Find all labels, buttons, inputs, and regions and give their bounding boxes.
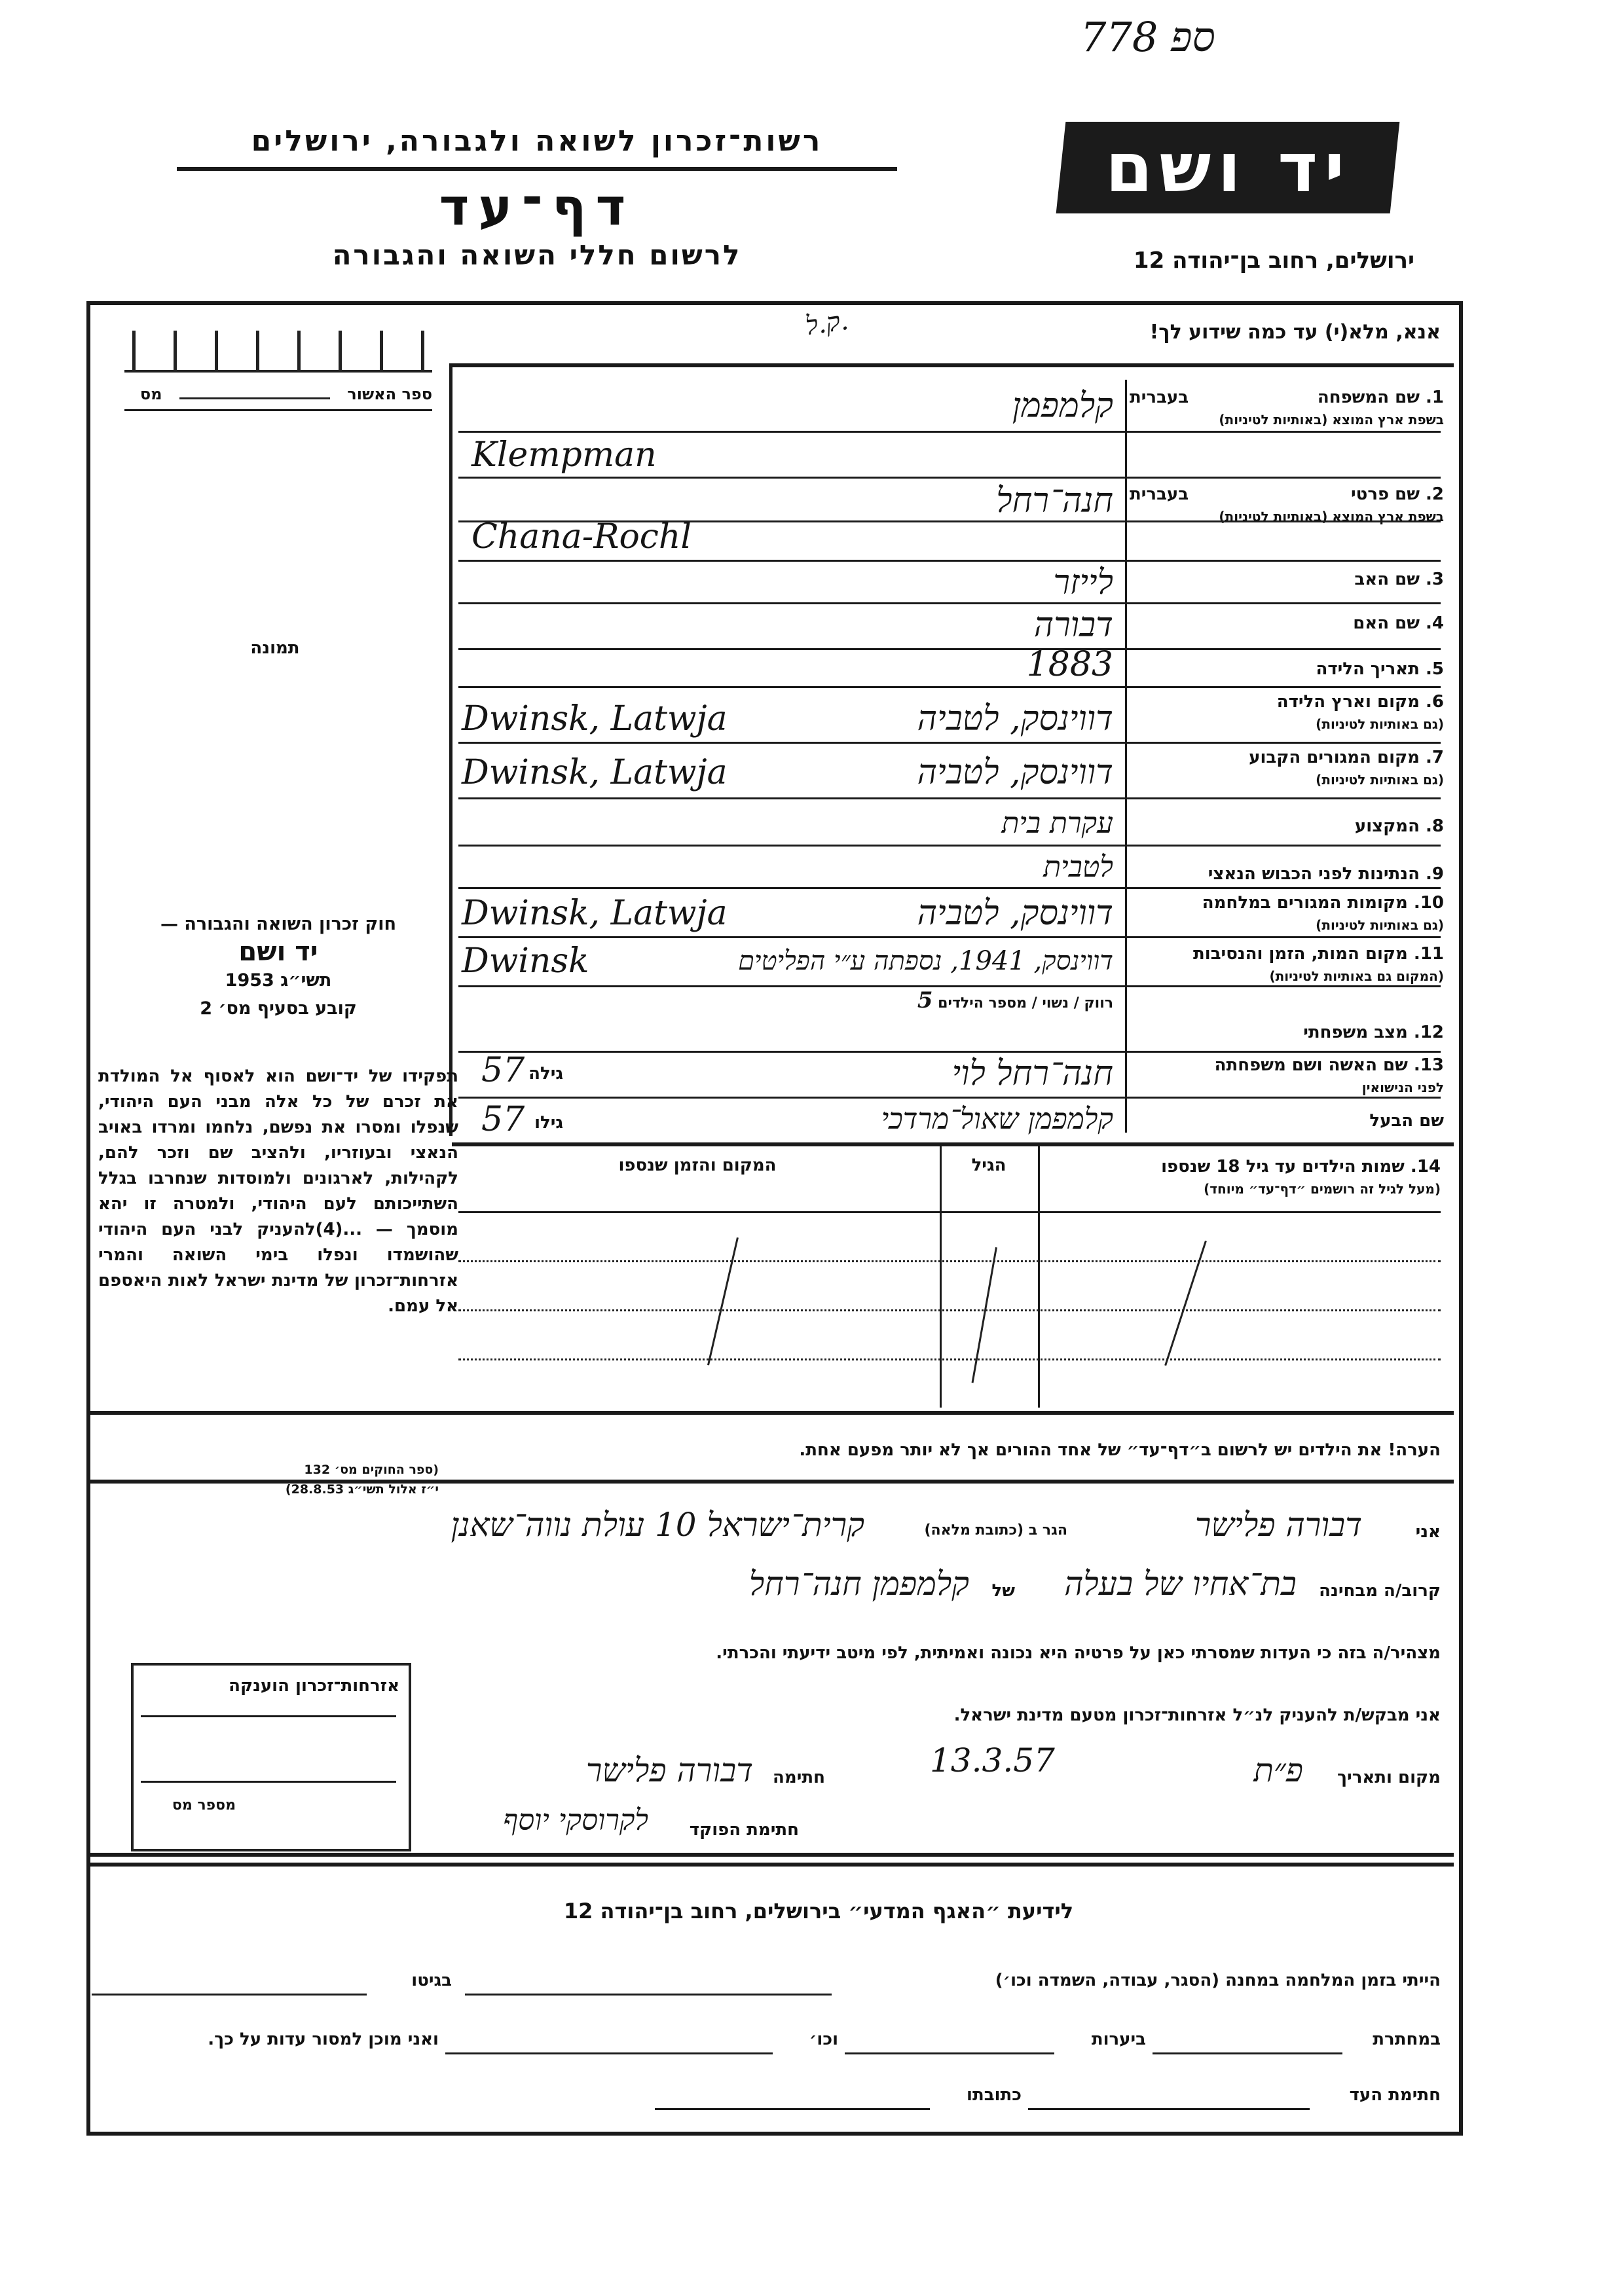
- witness-name-value[interactable]: דבורה פלישר: [1074, 1506, 1362, 1544]
- field-number: 12.: [1414, 1023, 1444, 1042]
- approval-label-text: ספר האשור: [347, 385, 432, 403]
- witness-address-field[interactable]: [655, 2108, 930, 2110]
- reg-number-text: מספר: [197, 1797, 236, 1813]
- field-label-wartime-residence: 10. מקומות המגורים במלחמה (גם באותיות לט…: [1130, 892, 1444, 936]
- marital-status-options[interactable]: רווק / נשוי / מספר הילדים 5: [688, 987, 1113, 1013]
- underground-label: במחתרת: [1349, 2030, 1441, 2049]
- witness-signature-field[interactable]: [1028, 2108, 1310, 2110]
- law-name: יד ושם: [105, 938, 452, 966]
- field-sublabel: (מעל לגיל זה רושמים ״דף־עד״ מיוחד): [1041, 1178, 1441, 1200]
- org-underline-divider: [177, 167, 897, 171]
- field-label-profession: 8. המקצוע: [1130, 815, 1444, 837]
- marital-options-text: רווק / נשוי / מספר הילדים: [938, 995, 1113, 1011]
- family-name-hebrew-value[interactable]: קלמפמן: [655, 386, 1113, 426]
- official-signature-label: חתימת הפוקד: [655, 1820, 799, 1840]
- organization-name: רשות־זכרון לשואה ולגבורה, ירושלים: [177, 124, 897, 158]
- witness-address-value[interactable]: קרית־ישראל 10 עולת נווה־שאנן: [196, 1506, 864, 1544]
- field-label-nationality: 9. הנתינות לפני הכבוש הנאצי: [1130, 863, 1444, 885]
- field-number: 10.: [1414, 893, 1444, 913]
- citizenship-request: אני מבקש/ת להעניק לנ״ל אזרחות־זכרון מטעם…: [458, 1705, 1441, 1725]
- field-label-residence: 7. מקום המגורים הקבוע (גם באותיות לטיניו…: [1130, 746, 1444, 791]
- divider: [458, 602, 1441, 604]
- death-place-hebrew-value[interactable]: דווינסק, 1941, נספתה ע״י הפליטים: [655, 941, 1113, 981]
- underground-field[interactable]: [1153, 2052, 1342, 2054]
- mother-name-value[interactable]: דבורה: [655, 606, 1113, 645]
- field-label: תאריך הלידה: [1316, 659, 1419, 679]
- signature-label: חתימה: [760, 1768, 825, 1787]
- witness-signature-label: חתימת העד: [1316, 2085, 1441, 2105]
- divider: [88, 1863, 1454, 1867]
- children-age-header: הגיל: [943, 1156, 1035, 1175]
- divider: [124, 409, 432, 411]
- reg-number-suffix: מס: [172, 1797, 193, 1813]
- field-sublabel: בשפת ארץ המוצא (באותיות לטיניות): [1130, 505, 1444, 528]
- divider: [458, 1211, 1441, 1213]
- photo-label: תמונה: [210, 638, 341, 658]
- archive-number: ספ 778: [1080, 13, 1215, 62]
- children-note: הערה! את הילדים יש לרשום ב״דף־עד״ של אחד…: [458, 1440, 1441, 1460]
- field-label-wife-name: 13. שם האשה ושם משפחתה לפני הנישואין: [1130, 1054, 1444, 1099]
- other-field[interactable]: [445, 2052, 773, 2054]
- wife-age-value[interactable]: 57: [481, 1051, 525, 1090]
- witness-address-label: כתובתו: [936, 2085, 1022, 2105]
- field-label: שם האב: [1354, 570, 1420, 589]
- approval-number-label: ספר האשור מס: [124, 385, 432, 403]
- field-label-birth-date: 5. תאריך הלידה: [1130, 658, 1444, 680]
- children-header: 14. שמות הילדים עד גיל 18 שנספו (מעל לגי…: [1041, 1156, 1441, 1200]
- law-year: תשי״ג 1953: [105, 966, 452, 994]
- place-date-label: מקום ותאריך: [1310, 1768, 1441, 1787]
- field-sublabel: (גם באותיות לטיניות): [1130, 914, 1444, 936]
- wife-name-value[interactable]: חנה־רחל לוי: [655, 1054, 1113, 1093]
- official-signature[interactable]: לקרוסקי יוסף: [406, 1804, 648, 1837]
- children-col-divider: [940, 1146, 942, 1408]
- field-number: 5.: [1426, 659, 1444, 679]
- divider: [452, 363, 1454, 367]
- relation-label: קרוב/ה מבחינה: [1303, 1581, 1441, 1601]
- divider: [141, 1715, 396, 1717]
- field-number: 4.: [1426, 613, 1444, 633]
- divider: [458, 431, 1441, 433]
- instruction-text: אנא, מלא(י) עד כמה שידוע לך!: [1061, 321, 1441, 344]
- place-value[interactable]: פ״ת: [1113, 1751, 1303, 1789]
- birth-place-latin-value[interactable]: Dwinsk, Latwja: [462, 699, 728, 738]
- form-title: דף־עד: [177, 178, 897, 237]
- field-number: 13.: [1414, 1055, 1444, 1075]
- divider: [458, 1097, 1441, 1099]
- law-section: קובע בסעיף מס׳ 2: [105, 994, 452, 1023]
- divider: [458, 797, 1441, 799]
- date-value[interactable]: 13.3.57: [930, 1741, 1055, 1779]
- hebrew-tag: בעברית: [1130, 483, 1189, 505]
- profession-value[interactable]: עקרת בית: [655, 804, 1113, 843]
- field-label: שם המשפחה: [1318, 388, 1420, 407]
- death-place-latin-value[interactable]: Dwinsk: [462, 941, 589, 981]
- witness-section-title: לידיעת ״האגף המדעי״ בירושלים, רחוב בן־יה…: [458, 1899, 1179, 1923]
- nationality-value[interactable]: לטבית: [655, 848, 1113, 887]
- residence-latin-value[interactable]: Dwinsk, Latwja: [462, 753, 728, 792]
- divider: [458, 1051, 1441, 1053]
- field-number: 9.: [1426, 864, 1444, 884]
- father-name-value[interactable]: לייזר: [655, 563, 1113, 602]
- ghetto-label: בגיטו: [373, 1971, 452, 1990]
- divider: [452, 1142, 1454, 1146]
- family-name-latin-value[interactable]: Klempman: [471, 435, 657, 475]
- field-label: שם פרטי: [1351, 484, 1420, 504]
- label-column-border: [1125, 380, 1127, 1133]
- reg-number-label: מספר מס: [138, 1797, 236, 1813]
- divider: [458, 686, 1441, 688]
- field-sublabel: (המקום גם באותיות לטיניות): [1130, 965, 1444, 987]
- field-label-marital-status: 12. מצב משפחתי: [1130, 1021, 1444, 1044]
- divider: [458, 887, 1441, 889]
- field-label: מקומות המגורים במלחמה: [1202, 893, 1408, 913]
- divider: [88, 1480, 1454, 1484]
- divider: [141, 1781, 396, 1783]
- field-number: 1.: [1426, 388, 1444, 407]
- divider: [458, 845, 1441, 847]
- field-sublabel: לפני הנישואין: [1130, 1076, 1444, 1099]
- field-label: שם הבעל: [1369, 1111, 1444, 1131]
- of-label: של: [976, 1581, 1015, 1601]
- form-subtitle: לרשום חללי השואה והגבורה: [177, 239, 897, 271]
- law-ref-line-1: (ספר החוקים מס׳ 132: [98, 1460, 439, 1480]
- field-number: 3.: [1426, 570, 1444, 589]
- field-label-father-name: 3. שם האב: [1130, 568, 1444, 591]
- field-sublabel: בשפת ארץ המוצא (באותיות לטיניות): [1130, 409, 1444, 431]
- field-number: 11.: [1414, 944, 1444, 964]
- birth-place-hebrew-value[interactable]: דווינסק, לטביה: [819, 699, 1113, 738]
- ghetto-field[interactable]: [92, 1994, 367, 1995]
- first-name-hebrew-value[interactable]: חנה־רחל: [655, 481, 1113, 520]
- residence-hebrew-value[interactable]: דווינסק, לטביה: [819, 753, 1113, 792]
- decl-prefix: אני: [1375, 1522, 1441, 1542]
- reg-box-title: אזרחות־זכרון הוענקה: [138, 1676, 399, 1696]
- field-sublabel: (גם באותיות לטיניות): [1130, 713, 1444, 735]
- field-label: המקצוע: [1355, 816, 1420, 836]
- field-number: 14.: [1411, 1157, 1441, 1176]
- deceased-reference-value[interactable]: קלמפמן חנה־רחל: [589, 1565, 969, 1603]
- divider: [458, 936, 1441, 938]
- husband-name-value[interactable]: קלמפמן שאול־מרדכי: [655, 1100, 1113, 1139]
- field-label-husband-name: שם הבעל: [1130, 1110, 1444, 1132]
- camp-field[interactable]: [465, 1994, 832, 1995]
- address: ירושלים, רחוב בן־יהודה 12: [1048, 247, 1414, 274]
- divider: [458, 560, 1441, 562]
- divider: [458, 477, 1441, 479]
- wartime-residence-latin-value[interactable]: Dwinsk, Latwja: [462, 894, 728, 933]
- field-label: שמות הילדים עד גיל 18 שנספו: [1161, 1157, 1405, 1176]
- law-text: תפקידו של יד־ושם הוא לאסוף אל המולדת את …: [98, 1064, 458, 1319]
- field-label: הנתינות לפני הכבוש הנאצי: [1208, 864, 1420, 884]
- birth-date-value[interactable]: 1883: [655, 645, 1113, 684]
- approval-number-boxes[interactable]: [124, 324, 432, 373]
- first-name-latin-value[interactable]: Chana-Rochl: [471, 517, 692, 556]
- divider: [88, 1853, 1454, 1857]
- etc-label: וכו׳: [779, 2030, 838, 2049]
- logo-text: יד ושם: [1105, 128, 1351, 208]
- wartime-residence-hebrew-value[interactable]: דווינסק, לטביה: [819, 894, 1113, 933]
- witness-signature[interactable]: דבורה פלישר: [419, 1751, 753, 1789]
- field-label: מקום המגורים הקבוע: [1249, 748, 1420, 767]
- field-label: מקום המות, הזמן והנסיבות: [1193, 944, 1408, 964]
- divider: [88, 1411, 1454, 1415]
- divider: [458, 742, 1441, 744]
- children-count-value[interactable]: 5: [917, 987, 933, 1013]
- children-row-line[interactable]: [458, 1309, 1441, 1311]
- children-row-line[interactable]: [458, 1358, 1441, 1360]
- declaration-statement: מצהיר/ה בזה כי העדות שמסרתי כאן על פרטיה…: [458, 1643, 1441, 1663]
- field-label-death-place: 11. מקום המות, הזמן והנסיבות (המקום גם ב…: [1130, 943, 1444, 987]
- field-number: 2.: [1426, 484, 1444, 504]
- children-place-header: המקום והזמן שנספו: [458, 1156, 936, 1175]
- field-label-family-name: בעברית 1. שם המשפחה בשפת ארץ המוצא (באות…: [1130, 386, 1444, 431]
- camp-label: הייתי בזמן המלחמה במחנה (הסגר, עבודה, הש…: [838, 1971, 1441, 1990]
- forests-field[interactable]: [845, 2052, 1054, 2054]
- forests-label: ביערות: [1061, 2030, 1146, 2049]
- law-header: חוק זכרון השואה והגבורה — יד ושם תשי״ג 1…: [105, 910, 452, 1023]
- field-number: 8.: [1426, 816, 1444, 836]
- law-title: חוק זכרון השואה והגבורה —: [105, 910, 452, 938]
- approval-number-field[interactable]: [179, 397, 330, 399]
- field-number: 6.: [1426, 692, 1444, 712]
- relation-value[interactable]: בת־אחיו של בעלה: [1022, 1565, 1297, 1603]
- field-label: מצב משפחתי: [1303, 1023, 1408, 1042]
- address-label: הגר ב (כתובת מלאה): [871, 1522, 1067, 1539]
- field-sublabel: (גם באותיות לטיניות): [1130, 769, 1444, 791]
- yad-vashem-logo: יד ושם: [1056, 122, 1400, 213]
- field-label-mother-name: 4. שם האם: [1130, 612, 1444, 634]
- children-row-line[interactable]: [458, 1260, 1441, 1262]
- willing-testify-label: ואני מוכן למסור עדות על כך.: [92, 2030, 439, 2049]
- field-label-birth-place: 6. מקום וארץ הלידה (גם באותיות לטיניות): [1130, 691, 1444, 735]
- children-col-divider: [1038, 1146, 1040, 1408]
- hebrew-tag: בעברית: [1130, 386, 1189, 409]
- field-label: מקום וארץ הלידה: [1277, 692, 1420, 712]
- approval-number-suffix: מס: [140, 385, 162, 403]
- field-label: שם האשה ושם משפחתה: [1215, 1055, 1408, 1075]
- field-number: 7.: [1426, 748, 1444, 767]
- husband-age-value[interactable]: 57: [481, 1100, 525, 1139]
- field-label: שם האם: [1353, 613, 1420, 633]
